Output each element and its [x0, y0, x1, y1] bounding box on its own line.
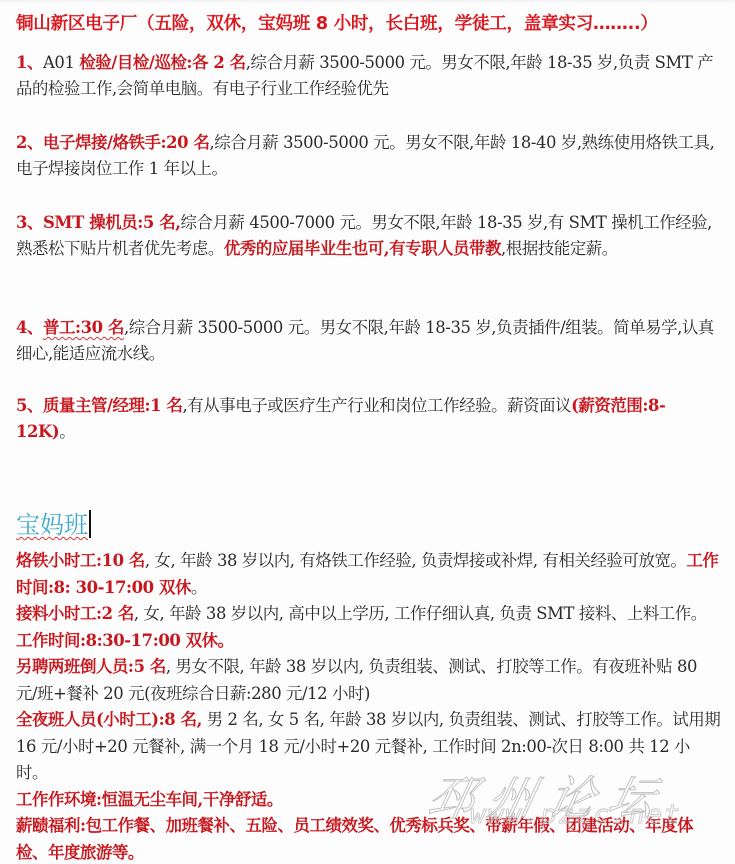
position-3-highlight: 优秀的应届毕业生也可,有专职人员带教 — [224, 239, 501, 258]
watermark-url: www.pzzc.net — [470, 800, 682, 830]
position-4-number: 4、 — [16, 318, 43, 337]
section-title-mom-shift: 宝妈班 — [16, 505, 91, 540]
mom-item-1-body: , 女, 年龄 38 岁以内, 有烙铁工作经验, 负责焊接或补焊, 有相关经验可… — [145, 551, 687, 570]
position-3: 3、SMT 操机员:5 名,综合月薪 4500-7000 元。男女不限,年龄 1… — [16, 210, 721, 262]
mom-item-material: 接料小时工:2 名, 女, 年龄 38 岁以内, 高中以上学历, 工作仔细认真,… — [16, 601, 721, 654]
position-2-number: 2、 — [16, 133, 43, 152]
mom-item-2-title: 接料小时工:2 名 — [16, 604, 134, 623]
position-3-number: 3、 — [16, 213, 43, 232]
mom-item-2-body: , 女, 年龄 38 岁以内, 高中以上学历, 工作仔细认真, 负责 SMT 接… — [134, 604, 707, 623]
top-divider — [0, 0, 735, 4]
position-3-title: SMT 操机员:5 名, — [43, 213, 181, 232]
position-5-body: ,有从事电子或医疗生产行业和岗位工作经验。薪资面议 — [182, 396, 571, 415]
mom-item-4-title: 全夜班人员(小时工):8 名, — [16, 710, 202, 729]
position-5-number: 5、 — [16, 396, 43, 415]
position-1-number: 1、 — [16, 53, 43, 72]
position-2: 2、电子焊接/烙铁手:20 名,综合月薪 3500-5000 元。男女不限,年龄… — [16, 130, 721, 182]
position-1: 1、A01 检验/目检/巡检:各 2 名,综合月薪 3500-5000 元。男女… — [16, 50, 721, 102]
document-page: 铜山新区电子厂（五险，双休，宝妈班 8 小时，长白班，学徒工，盖章实习……..）… — [0, 0, 735, 864]
position-4-title: 普工:30 名 — [43, 318, 124, 337]
mom-item-3-title: 另聘两班倒人员:5 名 — [16, 657, 166, 676]
position-5: 5、质量主管/经理:1 名,有从事电子或医疗生产行业和岗位工作经验。薪资面议(薪… — [16, 393, 721, 445]
position-1-title: 检验/目检/巡检:各 2 名 — [79, 53, 245, 72]
position-5-tail: 。 — [59, 422, 75, 441]
mom-item-1-title: 烙铁小时工:10 名 — [16, 551, 145, 570]
mom-item-2-highlight: 工作时间:8:30-17:00 双休。 — [16, 631, 234, 650]
mom-item-two-shift: 另聘两班倒人员:5 名, 男女不限, 年龄 38 岁以内, 负责组装、测试、打胶… — [16, 654, 721, 707]
mom-item-soldering: 烙铁小时工:10 名, 女, 年龄 38 岁以内, 有烙铁工作经验, 负责焊接或… — [16, 548, 721, 601]
position-5-title: 质量主管/经理:1 名 — [43, 396, 182, 415]
headline: 铜山新区电子厂（五险，双休，宝妈班 8 小时，长白班，学徒工，盖章实习……..） — [16, 10, 731, 35]
position-1-prefix: A01 — [43, 53, 79, 72]
section-title-text: 宝妈班 — [16, 511, 88, 539]
text-cursor — [89, 510, 91, 538]
position-2-title: 电子焊接/烙铁手:20 名 — [43, 133, 209, 152]
work-environment-text: 工作作环境:恒温无尘车间,干净舒适。 — [16, 790, 283, 809]
mom-item-1-tail: 。 — [191, 578, 207, 597]
position-3-tail: ,根据技能定薪。 — [501, 239, 618, 258]
position-4: 4、普工:30 名,综合月薪 3500-5000 元。男女不限,年龄 18-35… — [16, 315, 721, 367]
